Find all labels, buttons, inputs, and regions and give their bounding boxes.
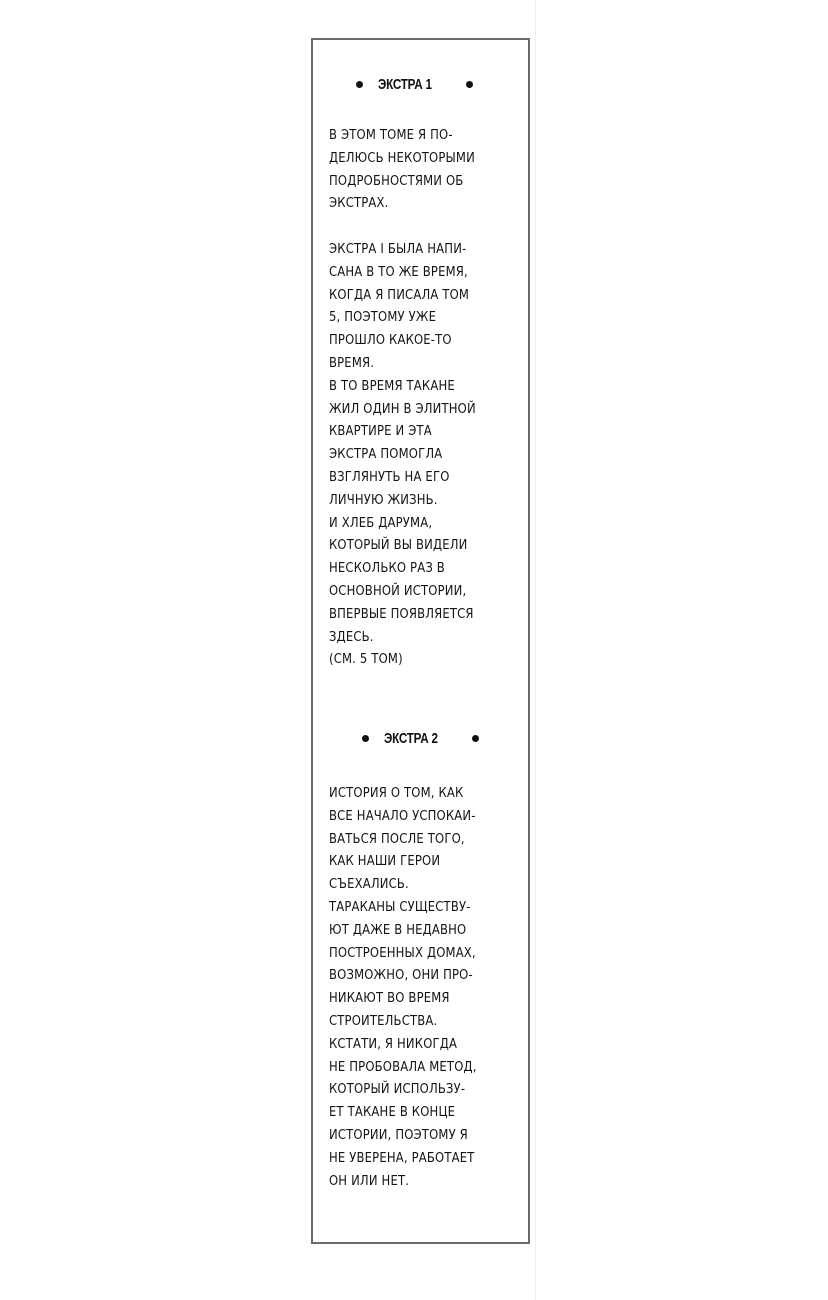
section-body-extra-1: В ЭТОМ ТОМЕ Я ПО- ДЕЛЮСЬ НЕКОТОРЫМИ ПОДР… xyxy=(329,124,529,671)
text-line: ВОЗМОЖНО, ОНИ ПРО- xyxy=(329,964,501,987)
text-line: КАК НАШИ ГЕРОИ xyxy=(329,850,501,873)
bullet-dot-icon xyxy=(362,735,369,742)
text-line: ПОСТРОЕННЫХ ДОМАХ, xyxy=(329,942,501,965)
text-line: ТАРАКАНЫ СУЩЕСТВУ- xyxy=(329,896,501,919)
text-line: ПРОШЛО КАКОЕ-ТО xyxy=(329,329,501,352)
text-line: ЭКСТРА ПОМОГЛА xyxy=(329,443,501,466)
bullet-dot-icon xyxy=(472,735,479,742)
text-line: (СМ. 5 ТОМ) xyxy=(329,648,501,671)
page-edge-line xyxy=(535,0,536,1300)
text-line: ЮТ ДАЖЕ В НЕДАВНО xyxy=(329,919,501,942)
text-line: ИСТОРИИ, ПОЭТОМУ Я xyxy=(329,1124,501,1147)
text-line: ЖИЛ ОДИН В ЭЛИТНОЙ xyxy=(329,398,501,421)
text-line: ЭКСТРАХ. xyxy=(329,192,501,215)
text-line: ДЕЛЮСЬ НЕКОТОРЫМИ xyxy=(329,147,501,170)
text-line: СЪЕХАЛИСЬ. xyxy=(329,873,501,896)
text-line: ВПЕРВЫЕ ПОЯВЛЯЕТСЯ xyxy=(329,603,501,626)
text-line: КОТОРЫЙ ВЫ ВИДЕЛИ xyxy=(329,534,501,557)
text-line: ВСЕ НАЧАЛО УСПОКАИ- xyxy=(329,805,501,828)
text-line: ВАТЬСЯ ПОСЛЕ ТОГО, xyxy=(329,828,501,851)
text-line: И ХЛЕБ ДАРУМА, xyxy=(329,512,501,535)
heading-text: ЭКСТРА 2 xyxy=(384,729,438,749)
author-notes-box: ЭКСТРА 1 В ЭТОМ ТОМЕ Я ПО- ДЕЛЮСЬ НЕКОТО… xyxy=(311,38,530,1244)
text-line: ВЗГЛЯНУТЬ НА ЕГО xyxy=(329,466,501,489)
text-line: КВАРТИРЕ И ЭТА xyxy=(329,420,501,443)
text-line: ОН ИЛИ НЕТ. xyxy=(329,1170,501,1193)
text-line: 5, ПОЭТОМУ УЖЕ xyxy=(329,306,501,329)
text-line: НЕ ПРОБОВАЛА МЕТОД, xyxy=(329,1056,501,1079)
text-line: КОГДА Я ПИСАЛА ТОМ xyxy=(329,284,501,307)
text-line: ОСНОВНОЙ ИСТОРИИ, xyxy=(329,580,501,603)
text-line: ЗДЕСЬ. xyxy=(329,626,501,649)
text-line: СТРОИТЕЛЬСТВА. xyxy=(329,1010,501,1033)
section-heading-extra-2: ЭКСТРА 2 xyxy=(313,729,528,749)
text-line: НЕСКОЛЬКО РАЗ В xyxy=(329,557,501,580)
text-line: ПОДРОБНОСТЯМИ ОБ xyxy=(329,170,501,193)
paragraph-gap xyxy=(329,215,529,238)
heading-text: ЭКСТРА 1 xyxy=(378,75,432,95)
text-line: ВРЕМЯ. xyxy=(329,352,501,375)
text-line: ЛИЧНУЮ ЖИЗНЬ. xyxy=(329,489,501,512)
section-body-extra-2: ИСТОРИЯ О ТОМ, КАК ВСЕ НАЧАЛО УСПОКАИ- В… xyxy=(329,782,529,1192)
text-line: В ТО ВРЕМЯ ТАКАНЕ xyxy=(329,375,501,398)
bullet-dot-icon xyxy=(466,81,473,88)
text-line: ЕТ ТАКАНЕ В КОНЦЕ xyxy=(329,1101,501,1124)
text-line: НЕ УВЕРЕНА, РАБОТАЕТ xyxy=(329,1147,501,1170)
text-line: КСТАТИ, Я НИКОГДА xyxy=(329,1033,501,1056)
section-heading-extra-1: ЭКСТРА 1 xyxy=(313,75,528,95)
text-line: НИКАЮТ ВО ВРЕМЯ xyxy=(329,987,501,1010)
text-line: ИСТОРИЯ О ТОМ, КАК xyxy=(329,782,501,805)
text-line: САНА В ТО ЖЕ ВРЕМЯ, xyxy=(329,261,501,284)
text-line: В ЭТОМ ТОМЕ Я ПО- xyxy=(329,124,501,147)
text-line: ЭКСТРА I БЫЛА НАПИ- xyxy=(329,238,501,261)
bullet-dot-icon xyxy=(356,81,363,88)
text-line: КОТОРЫЙ ИСПОЛЬЗУ- xyxy=(329,1078,501,1101)
